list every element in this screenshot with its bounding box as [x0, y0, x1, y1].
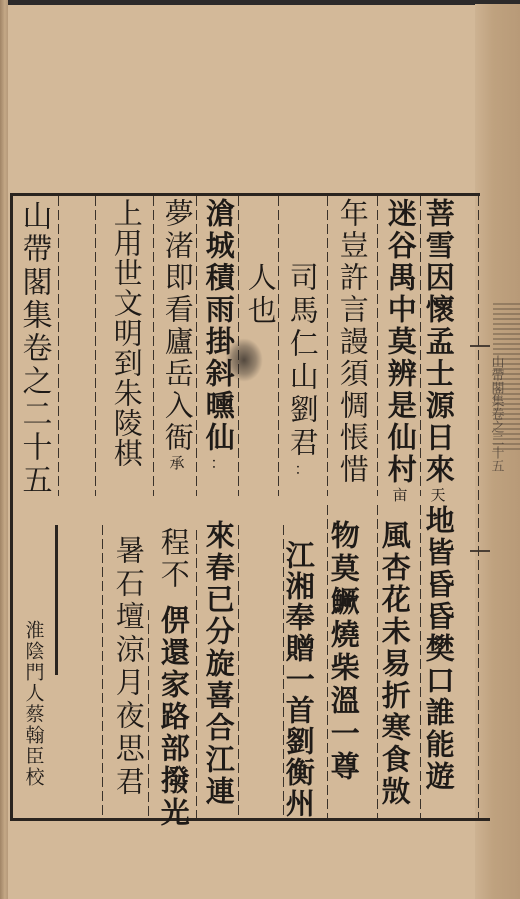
column-rule [327, 196, 328, 496]
fold-mark-upper [470, 345, 490, 347]
text-column-lower-7: 暑石壇涼月夜思君 [108, 535, 148, 799]
text-column-lower-4: 江湘奉贈一首劉衡州 [278, 540, 318, 819]
column-rule [196, 530, 197, 818]
column-text: 暑石壇涼月夜思君 [112, 535, 144, 799]
text-column-upper-6: 滄城積雨掛斜曛仙 ： [198, 198, 238, 472]
text-column-lower-5: 來春已分旋喜合江連 [198, 520, 238, 808]
column-rule [278, 196, 279, 496]
column-rule [55, 525, 58, 675]
frame-left-border [10, 193, 13, 821]
column-text: 菩雪因懷孟士源日來 [422, 198, 454, 486]
text-column-lower-3: 物莫鱖燒柴溫一尊 [323, 520, 363, 784]
column-text: 人也 [244, 262, 276, 328]
volume-title-column: 山帶閣集卷之二十五 [14, 200, 54, 497]
column-rule [58, 196, 59, 496]
frame-top-border [10, 193, 480, 196]
column-rule [148, 610, 149, 818]
volume-title: 山帶閣集卷之二十五 [18, 200, 51, 497]
collator-signature-column: 淮陰門人蔡翰臣校 [20, 620, 46, 788]
column-text: 上用世文明到朱陵棋 [110, 198, 142, 468]
column-rule [238, 525, 239, 818]
book-page: 菩雪因懷孟士源日來 天 迷谷禺中莫辨是仙村 亩 年豈許言謾須惆悵惜 司馬仁山劉君… [0, 0, 520, 899]
column-text: 江湘奉贈一首劉衡州 [282, 540, 314, 819]
column-text-continued: 㑭還家路部撥光 [157, 605, 189, 829]
column-text: 來春已分旋喜合江連 [202, 520, 234, 808]
column-text: 地皆昏昏樊口誰能遊 [422, 505, 454, 793]
text-column-upper-4: 司馬仁山劉君 ： [282, 262, 322, 478]
column-rule [95, 196, 96, 496]
column-rule [377, 196, 378, 496]
column-text: 夢渚即看廬岳入衙 [161, 198, 193, 454]
column-rule [478, 196, 479, 818]
text-column-lower-6: 程不 㑭還家路部撥光 [153, 527, 193, 829]
frame-bottom-border [10, 818, 490, 821]
column-text: 風杏花未易折寒食𣁋 [378, 520, 410, 808]
column-text: 迷谷禺中莫辨是仙村 [384, 198, 416, 486]
margin-label-text: 山帶閣集卷之二十五 [489, 355, 504, 472]
scan-top-edge [0, 0, 520, 5]
fold-mark-lower [470, 550, 490, 552]
column-text: 物莫鱖燒柴溫一尊 [327, 520, 359, 784]
column-text: 年豈許言謾須惆悵惜 [336, 198, 368, 486]
text-column-upper-1: 菩雪因懷孟士源日來 天 [418, 198, 458, 504]
column-note: ： [210, 454, 225, 472]
column-rule [153, 196, 154, 496]
column-text: 司馬仁山劉君 [286, 262, 318, 460]
column-text: 滄城積雨掛斜曛仙 [202, 198, 234, 454]
page-gutter [0, 0, 8, 899]
text-column-lower-1: 地皆昏昏樊口誰能遊 [418, 505, 458, 793]
text-column-upper-7: 夢渚即看廬岳入衙 承 [157, 198, 197, 472]
column-note: 承 [169, 454, 184, 472]
margin-label: 山帶閣集卷之二十五 [488, 355, 504, 472]
column-text: 程不 [157, 527, 189, 591]
column-rule [102, 525, 103, 818]
text-column-upper-5: 人也 [240, 262, 280, 328]
text-column-upper-3: 年豈許言謾須惆悵惜 [332, 198, 372, 486]
column-note: ： [294, 460, 309, 478]
collator-signature: 淮陰門人蔡翰臣校 [23, 620, 44, 788]
ink-smudge [225, 338, 263, 382]
text-column-lower-2: 風杏花未易折寒食𣁋 [374, 520, 414, 808]
column-note: 天 [430, 486, 445, 504]
text-column-upper-8: 上用世文明到朱陵棋 [106, 198, 146, 468]
column-note: 亩 [392, 486, 407, 504]
text-column-upper-2: 迷谷禺中莫辨是仙村 亩 [380, 198, 420, 504]
